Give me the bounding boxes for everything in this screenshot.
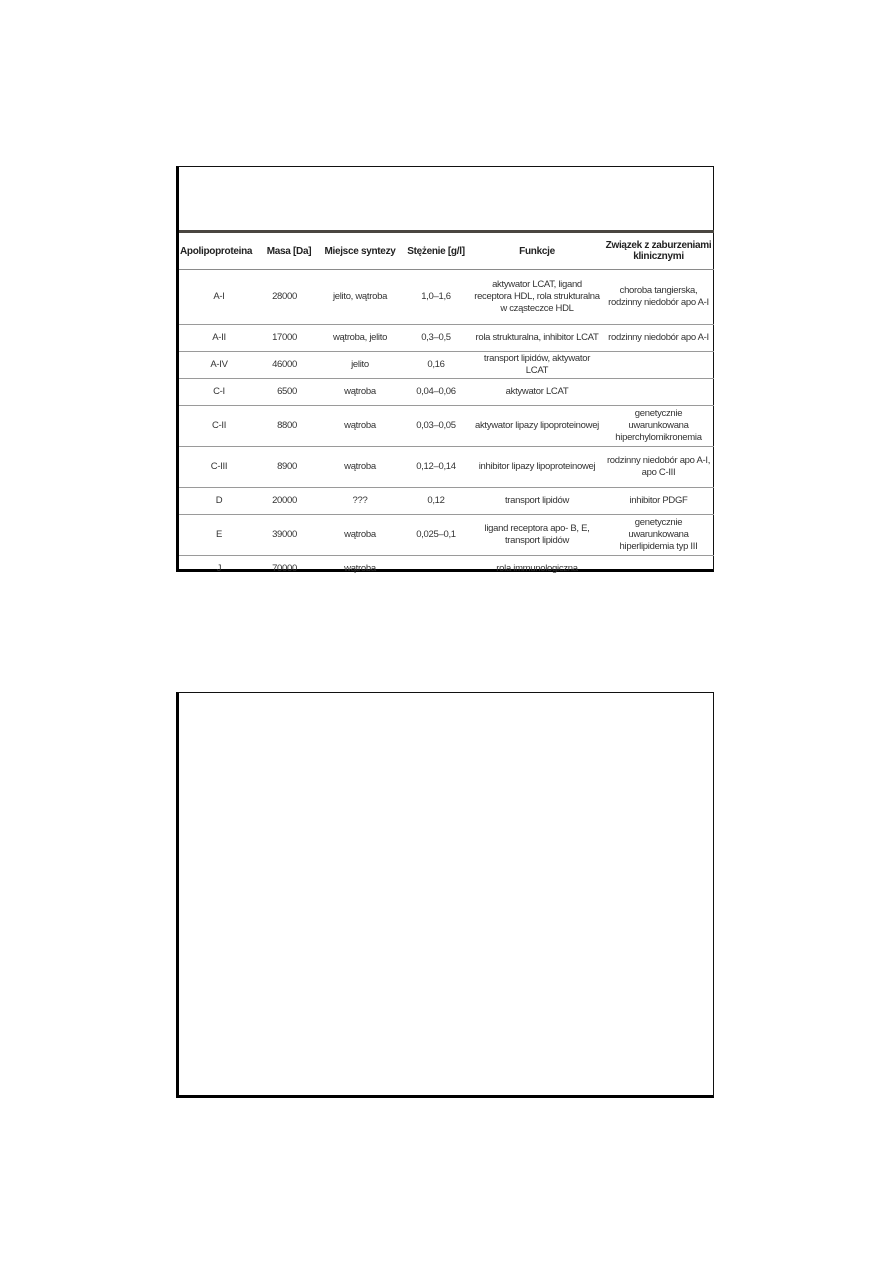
cell-mass: 28000	[259, 270, 319, 325]
table-row: A-II17000wątroba, jelito0,3–0,5rola stru…	[179, 325, 714, 352]
cell-synthesis-site: wątroba, jelito	[319, 325, 401, 352]
cell-clinical	[603, 352, 714, 379]
table-row: J70000wątrobarola immunologiczna	[179, 556, 714, 583]
cell-apolipoprotein: D	[179, 488, 259, 515]
table-row: C-III8900wątroba0,12–0,14inhibitor lipaz…	[179, 447, 714, 488]
cell-clinical: rodzinny niedobór apo A-I	[603, 325, 714, 352]
cell-functions: rola immunologiczna	[471, 556, 603, 583]
header-functions: Funkcje	[471, 232, 603, 270]
header-concentration: Stężenie [g/l]	[401, 232, 471, 270]
cell-clinical	[603, 379, 714, 406]
cell-synthesis-site: ???	[319, 488, 401, 515]
cell-apolipoprotein: C-I	[179, 379, 259, 406]
cell-concentration: 0,16	[401, 352, 471, 379]
cell-mass: 17000	[259, 325, 319, 352]
cell-functions: aktywator LCAT, ligand receptora HDL, ro…	[471, 270, 603, 325]
cell-clinical: genetycznie uwarunkowana hiperlipidemia …	[603, 515, 714, 556]
table-row: A-I28000jelito, wątroba1,0–1,6aktywator …	[179, 270, 714, 325]
header-mass: Masa [Da]	[259, 232, 319, 270]
cell-apolipoprotein: A-IV	[179, 352, 259, 379]
slide-2-empty	[176, 692, 714, 1098]
cell-concentration: 0,04–0,06	[401, 379, 471, 406]
table-row: A-IV46000jelito0,16transport lipidów, ak…	[179, 352, 714, 379]
cell-synthesis-site: jelito	[319, 352, 401, 379]
cell-concentration: 0,025–0,1	[401, 515, 471, 556]
cell-mass: 8800	[259, 406, 319, 447]
cell-clinical: rodzinny niedobór apo A-I, apo C-III	[603, 447, 714, 488]
cell-functions: inhibitor lipazy lipoproteinowej	[471, 447, 603, 488]
cell-apolipoprotein: C-II	[179, 406, 259, 447]
cell-clinical: inhibitor PDGF	[603, 488, 714, 515]
slide-1: Apolipoproteina Masa [Da] Miejsce syntez…	[176, 166, 714, 572]
cell-mass: 70000	[259, 556, 319, 583]
cell-concentration: 0,3–0,5	[401, 325, 471, 352]
cell-concentration: 0,03–0,05	[401, 406, 471, 447]
cell-clinical: genetycznie uwarunkowana hiperchylomikro…	[603, 406, 714, 447]
cell-concentration: 0,12–0,14	[401, 447, 471, 488]
cell-functions: rola strukturalna, inhibitor LCAT	[471, 325, 603, 352]
cell-synthesis-site: wątroba	[319, 406, 401, 447]
table-header-row: Apolipoproteina Masa [Da] Miejsce syntez…	[179, 232, 714, 270]
cell-mass: 39000	[259, 515, 319, 556]
table-row: E39000wątroba0,025–0,1ligand receptora a…	[179, 515, 714, 556]
cell-clinical	[603, 556, 714, 583]
cell-functions: transport lipidów	[471, 488, 603, 515]
header-clinical: Związek z zaburzeniami klinicznymi	[603, 232, 714, 270]
cell-synthesis-site: wątroba	[319, 379, 401, 406]
table-row: D20000???0,12transport lipidówinhibitor …	[179, 488, 714, 515]
cell-functions: ligand receptora apo- B, E, transport li…	[471, 515, 603, 556]
table-row: C-II8800wątroba0,03–0,05aktywator lipazy…	[179, 406, 714, 447]
cell-concentration: 0,12	[401, 488, 471, 515]
apolipoprotein-table: Apolipoproteina Masa [Da] Miejsce syntez…	[179, 230, 714, 582]
cell-functions: transport lipidów, aktywator LCAT	[471, 352, 603, 379]
cell-mass: 20000	[259, 488, 319, 515]
cell-mass: 8900	[259, 447, 319, 488]
cell-functions: aktywator lipazy lipoproteinowej	[471, 406, 603, 447]
cell-mass: 6500	[259, 379, 319, 406]
table-row: C-I6500wątroba0,04–0,06aktywator LCAT	[179, 379, 714, 406]
cell-apolipoprotein: C-III	[179, 447, 259, 488]
cell-apolipoprotein: A-II	[179, 325, 259, 352]
cell-apolipoprotein: A-I	[179, 270, 259, 325]
cell-apolipoprotein: E	[179, 515, 259, 556]
cell-synthesis-site: jelito, wątroba	[319, 270, 401, 325]
cell-concentration: 1,0–1,6	[401, 270, 471, 325]
cell-synthesis-site: wątroba	[319, 447, 401, 488]
cell-synthesis-site: wątroba	[319, 515, 401, 556]
cell-concentration	[401, 556, 471, 583]
cell-synthesis-site: wątroba	[319, 556, 401, 583]
header-apolipoprotein: Apolipoproteina	[179, 232, 259, 270]
header-synthesis-site: Miejsce syntezy	[319, 232, 401, 270]
cell-apolipoprotein: J	[179, 556, 259, 583]
cell-clinical: choroba tangierska, rodzinny niedobór ap…	[603, 270, 714, 325]
cell-mass: 46000	[259, 352, 319, 379]
cell-functions: aktywator LCAT	[471, 379, 603, 406]
